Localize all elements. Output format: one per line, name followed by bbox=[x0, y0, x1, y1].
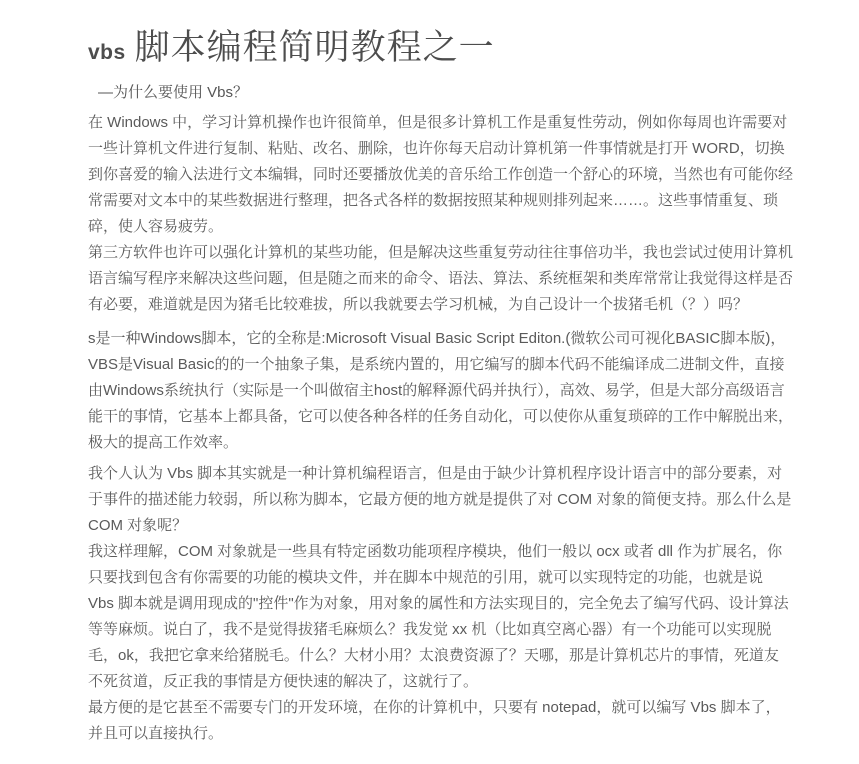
paragraph-why-use-vbs: 在 Windows 中，学习计算机操作也许很简单，但是很多计算机工作是重复性劳动… bbox=[88, 110, 793, 240]
page-title: vbs 脚本编程简明教程之一 bbox=[88, 24, 793, 77]
paragraph-no-dev-environment: 最方便的是它甚至不需要专门的开发环境，在你的计算机中，只要有 notepad，就… bbox=[88, 695, 793, 747]
paragraph-third-party-software: 第三方软件也许可以强化计算机的某些功能，但是解决这些重复劳动往往事倍功半，我也尝… bbox=[88, 240, 793, 318]
paragraph-com-objects: 我这样理解，COM 对象就是一些具有特定函数功能项程序模块，他们一般以 ocx … bbox=[88, 539, 793, 695]
article-subtitle: —为什么要使用 Vbs？ bbox=[98, 83, 793, 103]
title-main: 脚本编程简明教程之一 bbox=[135, 28, 495, 68]
title-prefix: vbs bbox=[88, 41, 126, 64]
paragraph-vbs-definition: s是一种Windows脚本，它的全称是:Microsoft Visual Bas… bbox=[88, 326, 793, 456]
paragraph-personal-view: 我个人认为 Vbs 脚本其实就是一种计算机编程语言，但是由于缺少计算机程序设计语… bbox=[88, 461, 793, 539]
article-page: vbs 脚本编程简明教程之一 —为什么要使用 Vbs？ 在 Windows 中，… bbox=[0, 0, 859, 747]
